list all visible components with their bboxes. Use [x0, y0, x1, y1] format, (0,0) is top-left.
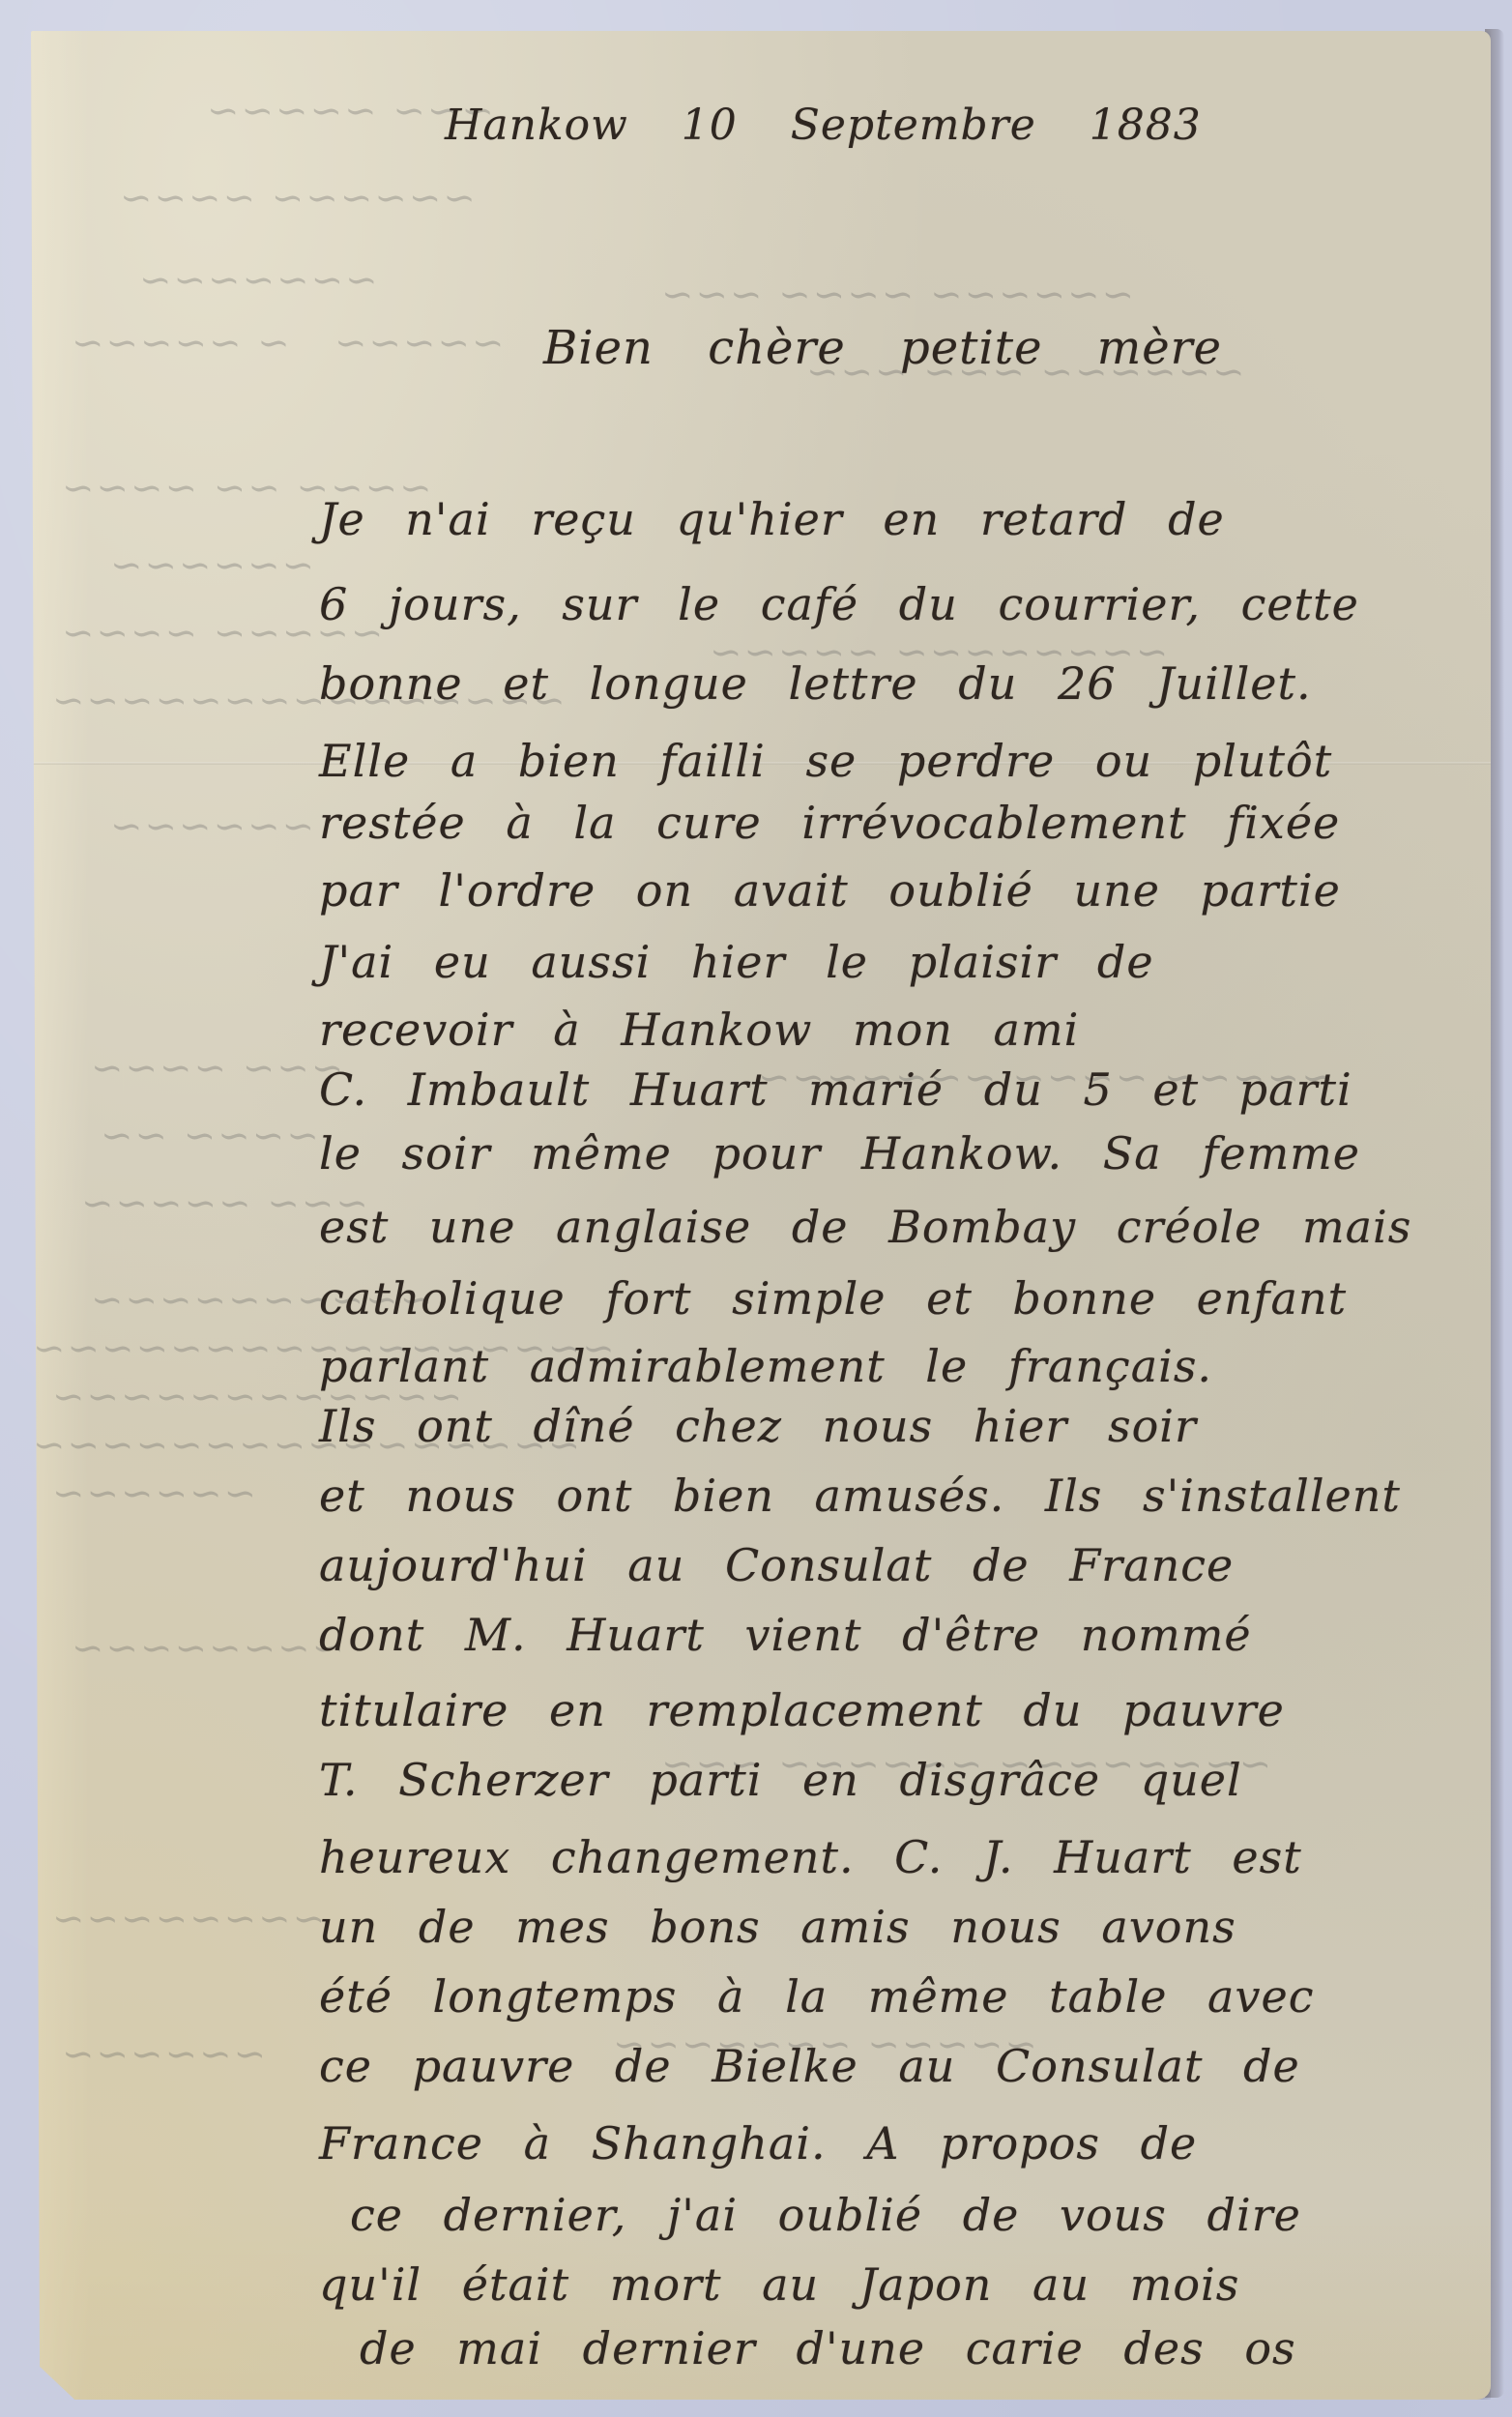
letter-line: C. Imbault Huart marié du 5 et parti — [319, 1063, 1352, 1116]
letter-line: Ils ont dîné chez nous hier soir — [319, 1400, 1197, 1452]
letter-line: Je n'ai reçu qu'hier en retard de — [319, 493, 1225, 545]
letter-date-line: Hankow 10 Septembre 1883 — [445, 101, 1202, 150]
letter-line: dont M. Huart vient d'être nommé — [319, 1609, 1252, 1661]
letter-line: catholique fort simple et bonne enfant — [319, 1272, 1347, 1325]
letter-line: Elle a bien failli se perdre ou plutôt — [319, 735, 1332, 787]
letter-text: Hankow 10 Septembre 1883 Bien chère peti… — [31, 31, 1491, 2400]
letter-line: recevoir à Hankow mon ami — [319, 1004, 1079, 1056]
letter-line: titulaire en remplacement du pauvre — [319, 1684, 1285, 1736]
letter-line: aujourd'hui au Consulat de France — [319, 1539, 1234, 1591]
letter-line: qu'il était mort au Japon au mois — [319, 2258, 1239, 2311]
letter-line: J'ai eu aussi hier le plaisir de — [319, 936, 1154, 988]
letter-line: le soir même pour Hankow. Sa femme — [319, 1127, 1360, 1179]
letter-line: été longtemps à la même table avec — [319, 1970, 1314, 2023]
letter-line: heureux changement. C. J. Huart est — [319, 1831, 1302, 1883]
letter-line: ce pauvre de Bielke au Consulat de — [319, 2040, 1300, 2092]
letter-page: ~~~ ~~~~~ ~~~~~~ ~~~~ ~~~~~~~ ~~~~~ ~ ~~… — [31, 31, 1491, 2400]
letter-line: est une anglaise de Bombay créole mais — [319, 1201, 1411, 1253]
letter-line: 6 jours, sur le café du courrier, cette — [319, 578, 1359, 630]
letter-line: et nous ont bien amusés. Ils s'installen… — [319, 1470, 1401, 1522]
letter-salutation: Bien chère petite mère — [543, 321, 1222, 375]
letter-line: de mai dernier d'une carie des os — [360, 2322, 1296, 2374]
letter-line: T. Scherzer parti en disgrâce quel — [319, 1754, 1242, 1806]
letter-line: ce dernier, j'ai oublié de vous dire — [350, 2189, 1301, 2241]
letter-line: restée à la cure irrévocablement fixée — [319, 797, 1340, 849]
letter-line: bonne et longue lettre du 26 Juillet. — [319, 657, 1312, 710]
letter-line: France à Shanghai. A propos de — [319, 2117, 1197, 2169]
letter-line: un de mes bons amis nous avons — [319, 1901, 1236, 1953]
letter-line: parlant admirablement le français. — [319, 1340, 1212, 1392]
letter-line: par l'ordre on avait oublié une partie — [319, 864, 1341, 917]
